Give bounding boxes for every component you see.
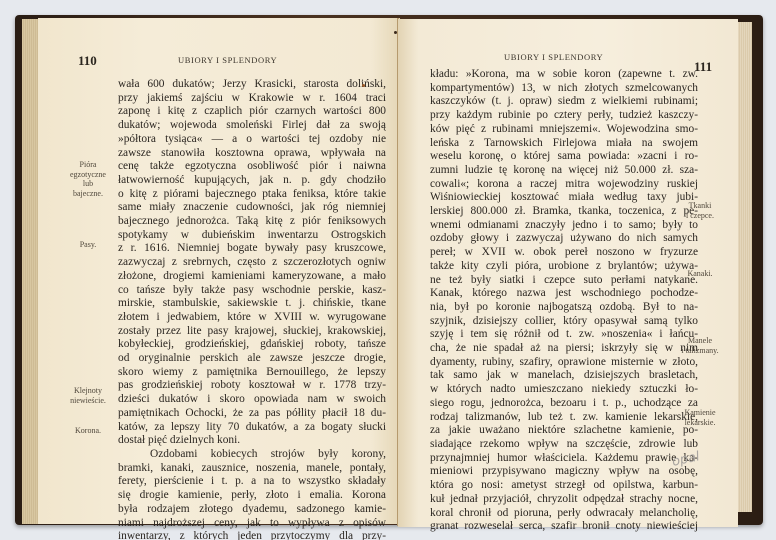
running-head-left: UBIORY I SPLENDORY [178,55,277,65]
text-line: cha, że nie spadał aż na piersi; iskrzył… [430,342,698,356]
text-line: leńska z Tarnowskich Firlejowa miała na … [430,137,698,151]
text-line: także kity czyli pióra, urobione z bryla… [430,260,698,274]
text-line: ne też były siatki i czepce suto perłami… [430,274,698,288]
text-line: dostał pięć dzielnych koni. [118,434,386,448]
text-line: złożone, drogiemi kamieniami kameryzowan… [118,270,386,284]
marginal-line: Pasy. [60,240,116,250]
text-line: kuł jednał przyjaciół, chryzolit odpędza… [430,493,698,507]
text-line: szyję i tem się różnił od t. zw. »noszen… [430,328,698,342]
text-line: inwentarzy, z których jeden przytoczymy … [118,530,386,540]
text-line: nia, był po koronie najbogatszą ozdobą. … [430,301,698,315]
text-line: mieniowi przypisywano magiczny wpływ na … [430,465,698,479]
running-head-right: UBIORY I SPLENDORY [504,52,603,62]
text-line: zazwyczaj z srebrnych, często z szczeroz… [118,256,386,270]
text-line: w których nadto umieszczano niekiedy szt… [430,383,698,397]
stain-mark [362,84,365,87]
marginal-line: Kamienie [664,408,736,418]
text-line: z r. 1616. Niemniej bogate bywały pasy k… [118,242,386,256]
text-line: ków pięć z rubinami mniejszemi«. Wojewod… [430,123,698,137]
text-line: katów, za lepszy lity 70 dukatów, a za b… [118,421,386,435]
marginal-line: Korona. [60,426,116,436]
page-edges-right [738,22,752,512]
gutter-speck [394,31,397,34]
left-page: 110 UBIORY I SPLENDORY wała 600 dukatów;… [38,18,400,524]
text-line: tak samo jak w manelach, dzisiejszych br… [430,369,698,383]
text-line: co tańsze były także pasy wschodnie pers… [118,284,386,298]
text-line: bajecznego jednorożca. Taką kitę z piór … [118,215,386,229]
marginal-line: bajeczne. [60,189,116,199]
text-line: siadające rzekomo wpływ na szczęście, zd… [430,438,698,452]
text-line: skoro wiemy z pamiętnika Bernouillego, ż… [118,366,386,380]
text-line: same miały znaczenie cudowności, jak róg… [118,201,386,215]
text-line: cenę także egzotyczna osobliwość piór i … [118,160,386,174]
text-line: cowali«; korona a raczej mitra wojewodzi… [430,178,698,192]
marginal-line: egzotyczne [60,170,116,180]
marginal-line: lekarskie. [664,418,736,428]
text-line: która go nosi: ametyst strzegł od opilst… [430,479,698,493]
text-line: przynajmniej humor właściciela. Każdemu … [430,452,698,466]
text-line: zawsze stanowiła kosztowna oprawa, wpływ… [118,147,386,161]
text-line: dukatów; wojewoda smoleński Firlej dał z… [118,119,386,133]
text-line: granat rozweselał serca, szafir bronił c… [430,520,698,534]
text-line: niami najdroższej ceny, jak to wypływa z… [118,517,386,531]
text-line: przy jakiemś zajściu w Krakowie w r. 160… [118,92,386,106]
text-line: się drogie kamienie, perły, złoto i emal… [118,489,386,503]
text-line: za jakie uważano niektóre szlachetne kam… [430,424,698,438]
marginal-note-necklaces: Kanaki. [664,269,736,279]
marginal-note-healing-stones: Kamienie lekarskie. [664,408,736,427]
text-line: kładu: »Korona, ma w sobie koron (zapewn… [430,68,698,82]
text-line: dzieści dukatów i skoro opowiada nam w s… [118,393,386,407]
text-line: zaponę i kitę z czaplich piór czarnych w… [118,105,386,119]
text-line: Ozdobami kobiecych strojów były korony, [118,448,386,462]
page-number-left: 110 [78,53,97,69]
marginal-note-headdress: Tkanki i czepce. [664,201,736,220]
marginal-note-belts: Pasy. [60,240,116,250]
text-line: spotykamy w dubieńskim inwentarzu Ostrog… [118,229,386,243]
left-text-block: wała 600 dukatów; Jerzy Krasicki, staros… [118,78,386,540]
text-line: od oryginalnie perskich ale zawsze jeszc… [118,352,386,366]
text-line: szyjnik, dzisiejszy collier, który opasy… [430,315,698,329]
text-line: Wiśniowieckiej kosztować miała według ta… [430,191,698,205]
marginal-line: niewieście. [60,396,116,406]
text-line: dyamenty, rubiny, szafiry, oprawione mis… [430,356,698,370]
text-line: zumni ludzie tę koronę na więcej niż 50.… [430,164,698,178]
text-line: złotem i jedwabiem, które w XVIII w. wyr… [118,311,386,325]
text-line: Kanak, którego nazwa jest wschodniego po… [430,287,698,301]
marginal-line: i czepce. [664,211,736,221]
text-line: łatwowierność kupujących, jak n. p. gdy … [118,174,386,188]
text-line: koral chronił od pioruna, perły odwracał… [430,507,698,521]
text-line: wała 600 dukatów; Jerzy Krasicki, staros… [118,78,386,92]
text-line: ozdoby głowy i zazwyczaj używano do nich… [430,232,698,246]
marginal-line: Pióra [60,160,116,170]
marginal-line: Klejnoty [60,386,116,396]
right-text-block: kładu: »Korona, ma w sobie koron (zapewn… [430,68,698,534]
text-line: bramki, kanaki, zausznice, noszenia, man… [118,462,386,476]
text-line: kompartymentów) 13, w nich złotych szmel… [430,82,698,96]
marginal-note-jewels: Klejnoty niewieście. [60,386,116,405]
text-line: siego rogu, jednorożca, bezoaru i t. p.,… [430,397,698,411]
text-line: pereł; w XVII w. obok pereł noszono w fr… [430,246,698,260]
marginal-line: Manele [664,336,736,346]
text-line: »półtora tysiąca« — a o wartości tej ozd… [118,133,386,147]
text-line: lerskiej 800.000 zł. Bramka, tkanka, toc… [430,205,698,219]
marginal-line: lub [60,179,116,189]
marginal-note-feathers: Pióra egzotyczne lub bajeczne. [60,160,116,198]
text-line: wnemi odmianami znaczyły jedno i to samo… [430,219,698,233]
text-line: kaszczyków (t. j. opraw) siedm z wielkie… [430,95,698,109]
text-line: pamiętnikach Ochocki, że za pas półlity … [118,407,386,421]
text-line: rodzaj talizmanów, lub też t. zw. kamien… [430,411,698,425]
marginal-line: i talizmany. [664,346,736,356]
marginal-line: Tkanki [664,201,736,211]
text-line: była rodzajem złotego dyademu, sadzonego… [118,503,386,517]
marginal-line: Kanaki. [664,269,736,279]
text-line: weselu koronę, o której sama powiada: »z… [430,150,698,164]
text-line: ferety, pierścienie i t. p. a na to wszy… [118,475,386,489]
text-line: pas grodzieńskiej roboty kosztował w r. … [118,379,386,393]
text-line: mirskie, stambulskie, sakiewskie t. j. c… [118,297,386,311]
marginal-note-bracelets: Manele i talizmany. [664,336,736,355]
text-line: zostały przez lite pasy krajowej, słucki… [118,325,386,339]
text-line: kobyłeckiej, grodzieńskiej, gdańskiej ro… [118,338,386,352]
text-line: przy każdym rubinie po cztery perły, tud… [430,109,698,123]
text-line: o kitę z piórami bajecznego ptaka feniks… [118,188,386,202]
marginal-note-crown: Korona. [60,426,116,436]
